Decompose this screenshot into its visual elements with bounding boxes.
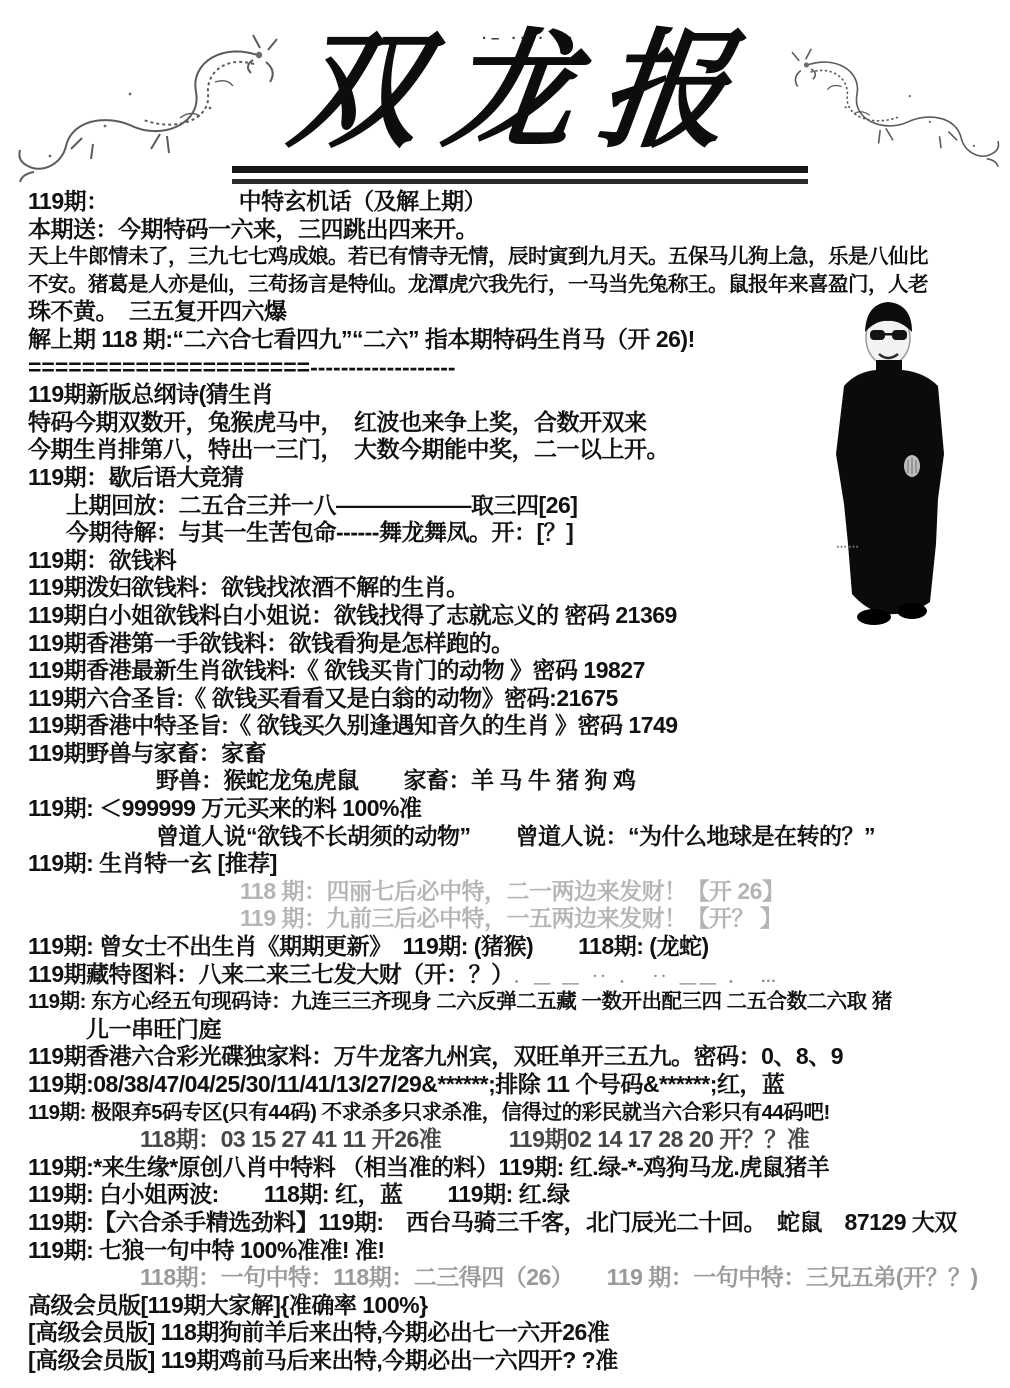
page-title: 双龙报 bbox=[282, 12, 842, 172]
text-line: 119期香港最新生肖欲钱料:《 欲钱买肯门的动物 》密码 19827 bbox=[28, 657, 996, 685]
separator-line: =====================------------------- bbox=[28, 354, 996, 382]
text-line: 119期新版总纲诗(猜生肖 bbox=[28, 381, 996, 409]
text-line: [高级会员版] 119期鸡前马后来出特,今期必出一六四开? ?准 bbox=[28, 1347, 996, 1375]
text-line: 119期泼妇欲钱料：欲钱找浓酒不解的生肖。 bbox=[28, 574, 996, 602]
text-line: 特码今期双数开，兔猴虎马中， 红波也来争上奖，合数开双来 bbox=[28, 409, 996, 437]
text-line: 119期:08/38/47/04/25/30/11/41/13/27/29&**… bbox=[28, 1071, 996, 1099]
text-line: 119期: 东方心经五句现码诗：九连三三齐现身 二六反弹二五藏 一数开出配三四 … bbox=[28, 988, 996, 1016]
text-line: 珠不黄。 三五复开四六爆 bbox=[28, 298, 996, 326]
text-line: 119期白小姐欲钱料白小姐说：欲钱找得了志就忘义的 密码 21369 bbox=[28, 602, 996, 630]
text-line: 解上期 118 期:“二六合七看四九”“二六” 指本期特码生肖马（开 26)! bbox=[28, 326, 996, 354]
text-line: 本期送：今期特码一六来，三四跳出四来开。 bbox=[28, 216, 996, 244]
text-line: 天上牛郎情未了，三九七七鸡成娘。若已有情寺无情，辰时寅到九月天。五保马儿狗上急，… bbox=[28, 243, 996, 271]
text-line: 上期回放：二五合三并一八——————取三四[26] bbox=[28, 492, 996, 520]
text-line: 119期藏特图料：八来二来三七发大财（开：？） bbox=[28, 961, 502, 987]
text-line: 119期: ＜999999 万元买来的料 100%准 bbox=[28, 795, 996, 823]
text-line: 119期香港第一手欲钱料：欲钱看狗是怎样跑的。 bbox=[28, 630, 996, 658]
dragon-icon-left bbox=[10, 24, 282, 186]
text-line: 今期待解：与其一生苦包命------舞龙舞凤。开：[？] bbox=[28, 519, 996, 547]
text-line: 119期：欲钱料 bbox=[28, 547, 996, 575]
text-line: 高级会员版[119期大家解]{准确率 100%} bbox=[28, 1292, 996, 1320]
text-line: 不安。猪葛是人亦是仙，三苟扬言是特仙。龙潭虎穴我先行，一马当先兔称王。鼠报年来喜… bbox=[28, 271, 996, 299]
text-line-faded: 119 期：九前三后必中特，一五两边来发财！【开？ 】 bbox=[28, 905, 996, 933]
text-line: 119期: 白小姐两波: 118期: 红，蓝 119期: 红.绿 bbox=[28, 1181, 996, 1209]
text-line: 今期生肖排第八，特出一三门， 大数今期能中奖，二一以上开。 bbox=[28, 436, 996, 464]
issue-label: 119期： bbox=[28, 188, 109, 214]
faint-dash-dot-marks: ．＿ ＿ ‥ ． ‥ ＿＿ ． … bbox=[514, 969, 780, 986]
text-line: 119期: 曾女士不出生肖《期期更新》 119期: (猪猴) 118期: (龙蛇… bbox=[28, 933, 996, 961]
text-line: 119期香港六合彩光碟独家料：万牛龙客九州宾，双旺单开三五九。密码：0、8、9 bbox=[28, 1043, 996, 1071]
text-line: 119期: 极限弃5码专区(只有44码) 不求杀多只求杀准，信得过的彩民就当六合… bbox=[28, 1099, 996, 1127]
text-line: 儿一串旺门庭 bbox=[28, 1016, 996, 1044]
text-line-faded: 118期：03 15 27 41 11 开26准 119期02 14 17 28… bbox=[28, 1126, 996, 1154]
body-text: 119期：中特玄机话（及解上期） 本期送：今期特码一六来，三四跳出四来开。 天上… bbox=[28, 188, 996, 1375]
text-line: 119期香港中特圣旨:《 欲钱买久别逢遇知音久的生肖 》密码 1749 bbox=[28, 712, 996, 740]
column-title: 中特玄机话（及解上期） bbox=[239, 188, 487, 214]
text-line-faded: 118期：一句中特：118期：二三得四（26） 119 期：一句中特：三兄五弟(… bbox=[28, 1264, 996, 1292]
text-line: 119期:【六合杀手精选劲料】119期: 西台马骑三千客，北门辰光二十回。 蛇鼠… bbox=[28, 1209, 996, 1237]
section-header-line: 119期：中特玄机话（及解上期） bbox=[28, 188, 996, 216]
text-line: 野兽：猴蛇龙兔虎鼠 家畜：羊 马 牛 猪 狗 鸡 bbox=[28, 767, 996, 795]
text-line: 119期: 七狼一句中特 100%准准! 准! bbox=[28, 1237, 996, 1265]
text-line: [高级会员版] 118期狗前羊后来出特,今期必出七一六开26准 bbox=[28, 1319, 996, 1347]
text-line: 119期:*来生缘*原创八肖中特料 （相当准的料）119期: 红.绿-*-鸡狗马… bbox=[28, 1154, 996, 1182]
text-line: 曾道人说“欲钱不长胡须的动物” 曾道人说：“为什么地球是在转的？” bbox=[28, 823, 996, 851]
text-line: 119期藏特图料：八来二来三七发大财（开：？）．＿ ＿ ‥ ． ‥ ＿＿ ． … bbox=[28, 961, 996, 989]
text-line: 119期六合圣旨:《 欲钱买看看又是白翁的动物》密码:21675 bbox=[28, 685, 996, 713]
text-line: 119期野兽与家畜：家畜 bbox=[28, 740, 996, 768]
masthead-rule-top bbox=[232, 166, 808, 173]
newspaper-page: ·– ···· –· 双龙报 ⋯⋯ 119期：中特玄机话（及解上期） 本期送：今… bbox=[0, 0, 1010, 1388]
text-line: 119期：歇后语大竞猜 bbox=[28, 464, 996, 492]
text-line: 119期: 生肖特一玄 [推荐] bbox=[28, 850, 996, 878]
text-line-faded: 118 期：四丽七后必中特，二一两边来发财！【开 26】 bbox=[28, 878, 996, 906]
masthead-rule-bottom bbox=[232, 179, 808, 184]
